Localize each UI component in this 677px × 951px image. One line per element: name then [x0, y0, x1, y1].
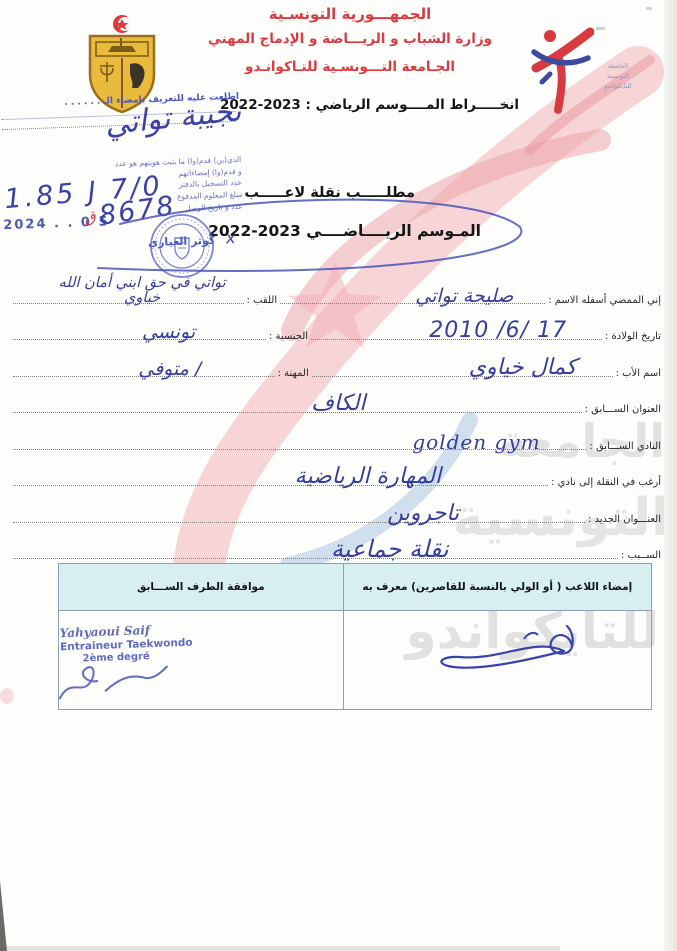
- pen-flourish: [78, 182, 548, 297]
- scan-noise: [646, 7, 652, 10]
- scan-edge-shadow: [664, 0, 677, 951]
- scan-bottom-edge: [0, 946, 560, 951]
- scanned-transfer-form: الجامعة التونسية للتايكواندو الجمهـــوري…: [0, 0, 677, 951]
- scan-corner-artifact: [0, 881, 7, 951]
- scan-noise: [596, 27, 605, 30]
